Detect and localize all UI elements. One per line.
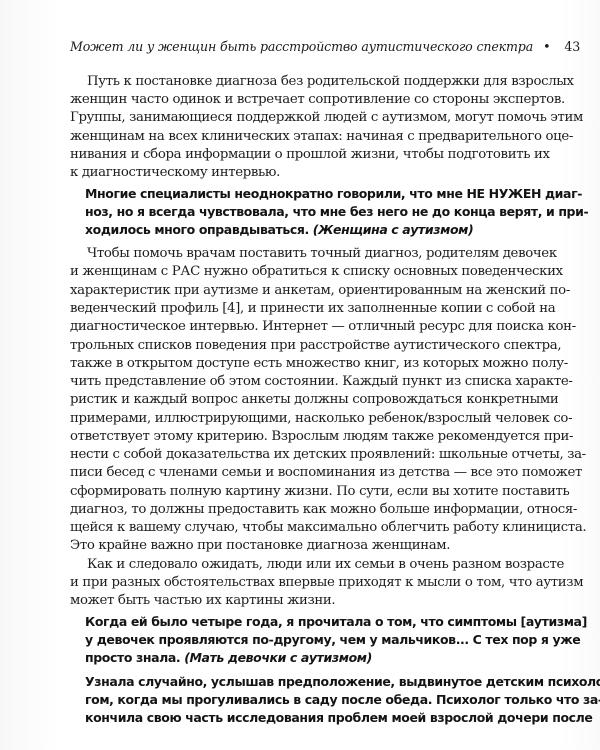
quote-line: просто знала. (Мать девочки с аутизмом) — [85, 649, 501, 667]
page-number: 43 — [564, 39, 580, 54]
book-page: Может ли у женщин быть расстройство аути… — [0, 0, 600, 750]
text-line: Чтобы помочь врачам поставить точный диа… — [87, 245, 521, 263]
text-line: нести с собой доказательства их детских … — [70, 446, 521, 464]
quote-line: ноз, но я всегда чувствовала, что мне бе… — [85, 203, 501, 221]
text-line: ответствует этому критерию. Взрослым люд… — [70, 428, 521, 446]
quote-text: ходилось много оправдываться. — [85, 222, 309, 237]
text-line: чить представление об этом состоянии. Ка… — [70, 373, 521, 391]
quote-attribution: (Женщина с аутизмом) — [313, 222, 473, 237]
text-line: сформировать полную картину жизни. По су… — [70, 483, 521, 501]
quote-line: у девочек проявляются по-другому, чем у … — [85, 631, 501, 649]
quote-line: Когда ей было четыре года, я прочитала о… — [85, 613, 501, 631]
text-line: диагноз, то должны предоставить как можн… — [70, 501, 521, 519]
text-line: к диагностическому интервью. — [70, 164, 521, 182]
quote-attribution: (Мать девочки с аутизмом) — [184, 650, 372, 665]
text-line: писи бесед с членами семьи и воспоминани… — [70, 464, 521, 482]
text-line: и женщинам с РАС нужно обратиться к спис… — [70, 263, 521, 281]
text-line: женщинам на всех клинических этапах: нач… — [70, 128, 521, 146]
running-head-title: Может ли у женщин быть расстройство аути… — [70, 39, 533, 54]
text-line: может быть частью их картины жизни. — [70, 592, 521, 610]
running-head: Может ли у женщин быть расстройство аути… — [70, 38, 521, 56]
text-line: женщин часто одинок и встречает сопротив… — [70, 91, 521, 109]
quote-line: Многие специалисты неоднократно говорили… — [85, 185, 501, 203]
text-line: Как и следовало ожидать, люди или их сем… — [87, 556, 521, 574]
quote-line: Узнала случайно, услышав предположение, … — [85, 673, 501, 691]
text-line: веденческий профиль [4], и принести их з… — [70, 300, 521, 318]
text-line: Группы, занимающиеся поддержкой людей с … — [70, 109, 521, 127]
quote-text: просто знала. — [85, 650, 180, 665]
text-line: Путь к постановке диагноза без родительс… — [87, 73, 521, 91]
text-line: нивания и сбора информации о прошлой жиз… — [70, 146, 521, 164]
text-line: щейся к вашему случаю, чтобы максимально… — [70, 519, 521, 537]
text-line: трольных списков поведения при расстройс… — [70, 337, 521, 355]
text-line: и при разных обстоятельствах впервые при… — [70, 574, 521, 592]
text-line: ристик и каждый вопрос анкеты должны соп… — [70, 391, 521, 409]
quote-line: ходилось много оправдываться. (Женщина с… — [85, 221, 501, 239]
text-line: также в открытом доступе есть множество … — [70, 355, 521, 373]
quote-line: гом, когда мы прогуливались в саду после… — [85, 691, 501, 709]
text-line: характеристик при аутизме и анкетам, ори… — [70, 282, 521, 300]
text-line: Это крайне важно при постановке диагноза… — [70, 537, 521, 555]
text-line: примерами, иллюстрирующими, насколько ре… — [70, 410, 521, 428]
bullet-separator: • — [543, 38, 550, 56]
quote-line: кончила свою часть исследования проблем … — [85, 709, 501, 727]
text-line: диагностическое интервью. Интернет — отл… — [70, 318, 521, 336]
